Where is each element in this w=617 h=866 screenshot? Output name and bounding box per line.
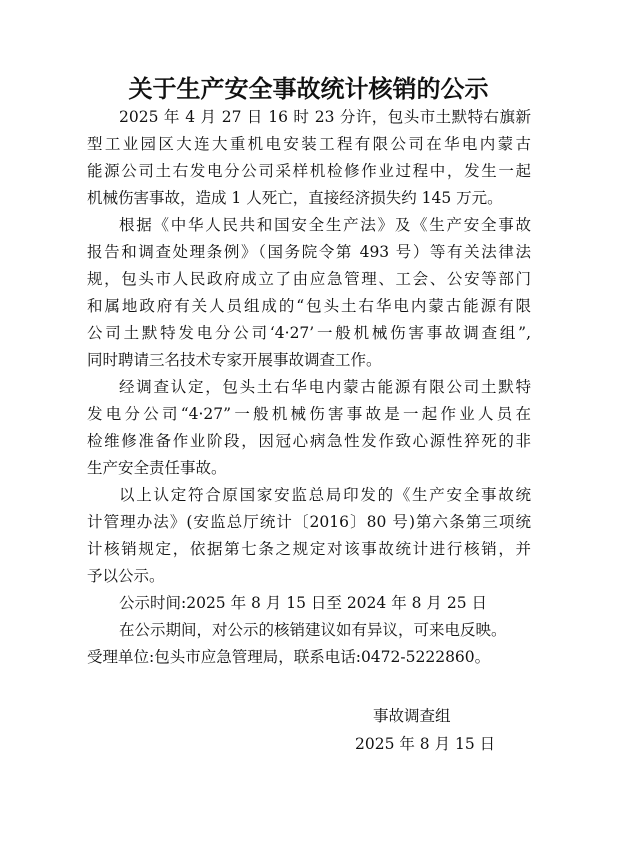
- text-line: 以上认定符合原国家安监总局印发的《生产安全事故统: [87, 482, 531, 509]
- text-line: 规，包头市人民政府成立了由应急管理、工会、公安等部门: [87, 266, 531, 293]
- text-line: 生产安全责任事故。: [87, 455, 531, 482]
- paragraph-incident: 2025 年 4 月 27 日 16 时 23 分许，包头市土默特右旗新 型工业…: [87, 104, 531, 212]
- document-title: 关于生产安全事故统计核销的公示: [0, 74, 617, 104]
- text-line: 2025 年 4 月 27 日 16 时 23 分许，包头市土默特右旗新: [87, 104, 531, 131]
- text-line: 公司土默特发电分公司‘4·27’一般机械伤害事故调查组”,: [87, 320, 531, 347]
- paragraph-contact: 受理单位:包头市应急管理局，联系电话:0472-5222860。: [87, 644, 531, 671]
- text-line: 计核销规定，依据第七条之规定对该事故统计进行核销，并: [87, 536, 531, 563]
- text-line: 型工业园区大连大重机电安装工程有限公司在华电内蒙古: [87, 131, 531, 158]
- text-line: 和属地政府有关人员组成的“包头土右华电内蒙古能源有限: [87, 293, 531, 320]
- signature-organization: 事故调查组: [373, 703, 451, 730]
- text-line: 根据《中华人民共和国安全生产法》及《生产安全事故: [87, 212, 531, 239]
- text-line: 检维修准备作业阶段，因冠心病急性发作致心源性猝死的非: [87, 428, 531, 455]
- text-line: 能源公司土右发电分公司采样机检修作业过程中，发生一起: [87, 158, 531, 185]
- document-body: 2025 年 4 月 27 日 16 时 23 分许，包头市土默特右旗新 型工业…: [87, 104, 531, 671]
- publicity-period: 公示时间:2025 年 8 月 15 日至 2024 年 8 月 25 日: [87, 590, 531, 617]
- paragraph-basis: 以上认定符合原国家安监总局印发的《生产安全事故统 计管理办法》(安监总厅统计〔2…: [87, 482, 531, 590]
- contact-info: 受理单位:包头市应急管理局，联系电话:0472-5222860。: [87, 644, 531, 671]
- text-line: 在公示期间，对公示的核销建议如有异议，可来电反映。: [87, 617, 531, 644]
- paragraph-objection: 在公示期间，对公示的核销建议如有异议，可来电反映。: [87, 617, 531, 644]
- text-line: 计管理办法》(安监总厅统计〔2016〕80 号)第六条第三项统: [87, 509, 531, 536]
- text-line: 经调查认定，包头土右华电内蒙古能源有限公司土默特: [87, 374, 531, 401]
- paragraph-finding: 经调查认定，包头土右华电内蒙古能源有限公司土默特 发电分公司“4·27”一般机械…: [87, 374, 531, 482]
- text-line: 报告和调查处理条例》（国务院令第 493 号）等有关法律法: [87, 239, 531, 266]
- text-line: 发电分公司“4·27”一般机械伤害事故是一起作业人员在: [87, 401, 531, 428]
- paragraph-investigation: 根据《中华人民共和国安全生产法》及《生产安全事故 报告和调查处理条例》（国务院令…: [87, 212, 531, 374]
- text-line: 机械伤害事故，造成 1 人死亡，直接经济损失约 145 万元。: [87, 185, 531, 212]
- text-line: 同时聘请三名技术专家开展事故调查工作。: [87, 347, 531, 374]
- text-line: 予以公示。: [87, 563, 531, 590]
- paragraph-period: 公示时间:2025 年 8 月 15 日至 2024 年 8 月 25 日: [87, 590, 531, 617]
- signature-date: 2025 年 8 月 15 日: [355, 731, 495, 758]
